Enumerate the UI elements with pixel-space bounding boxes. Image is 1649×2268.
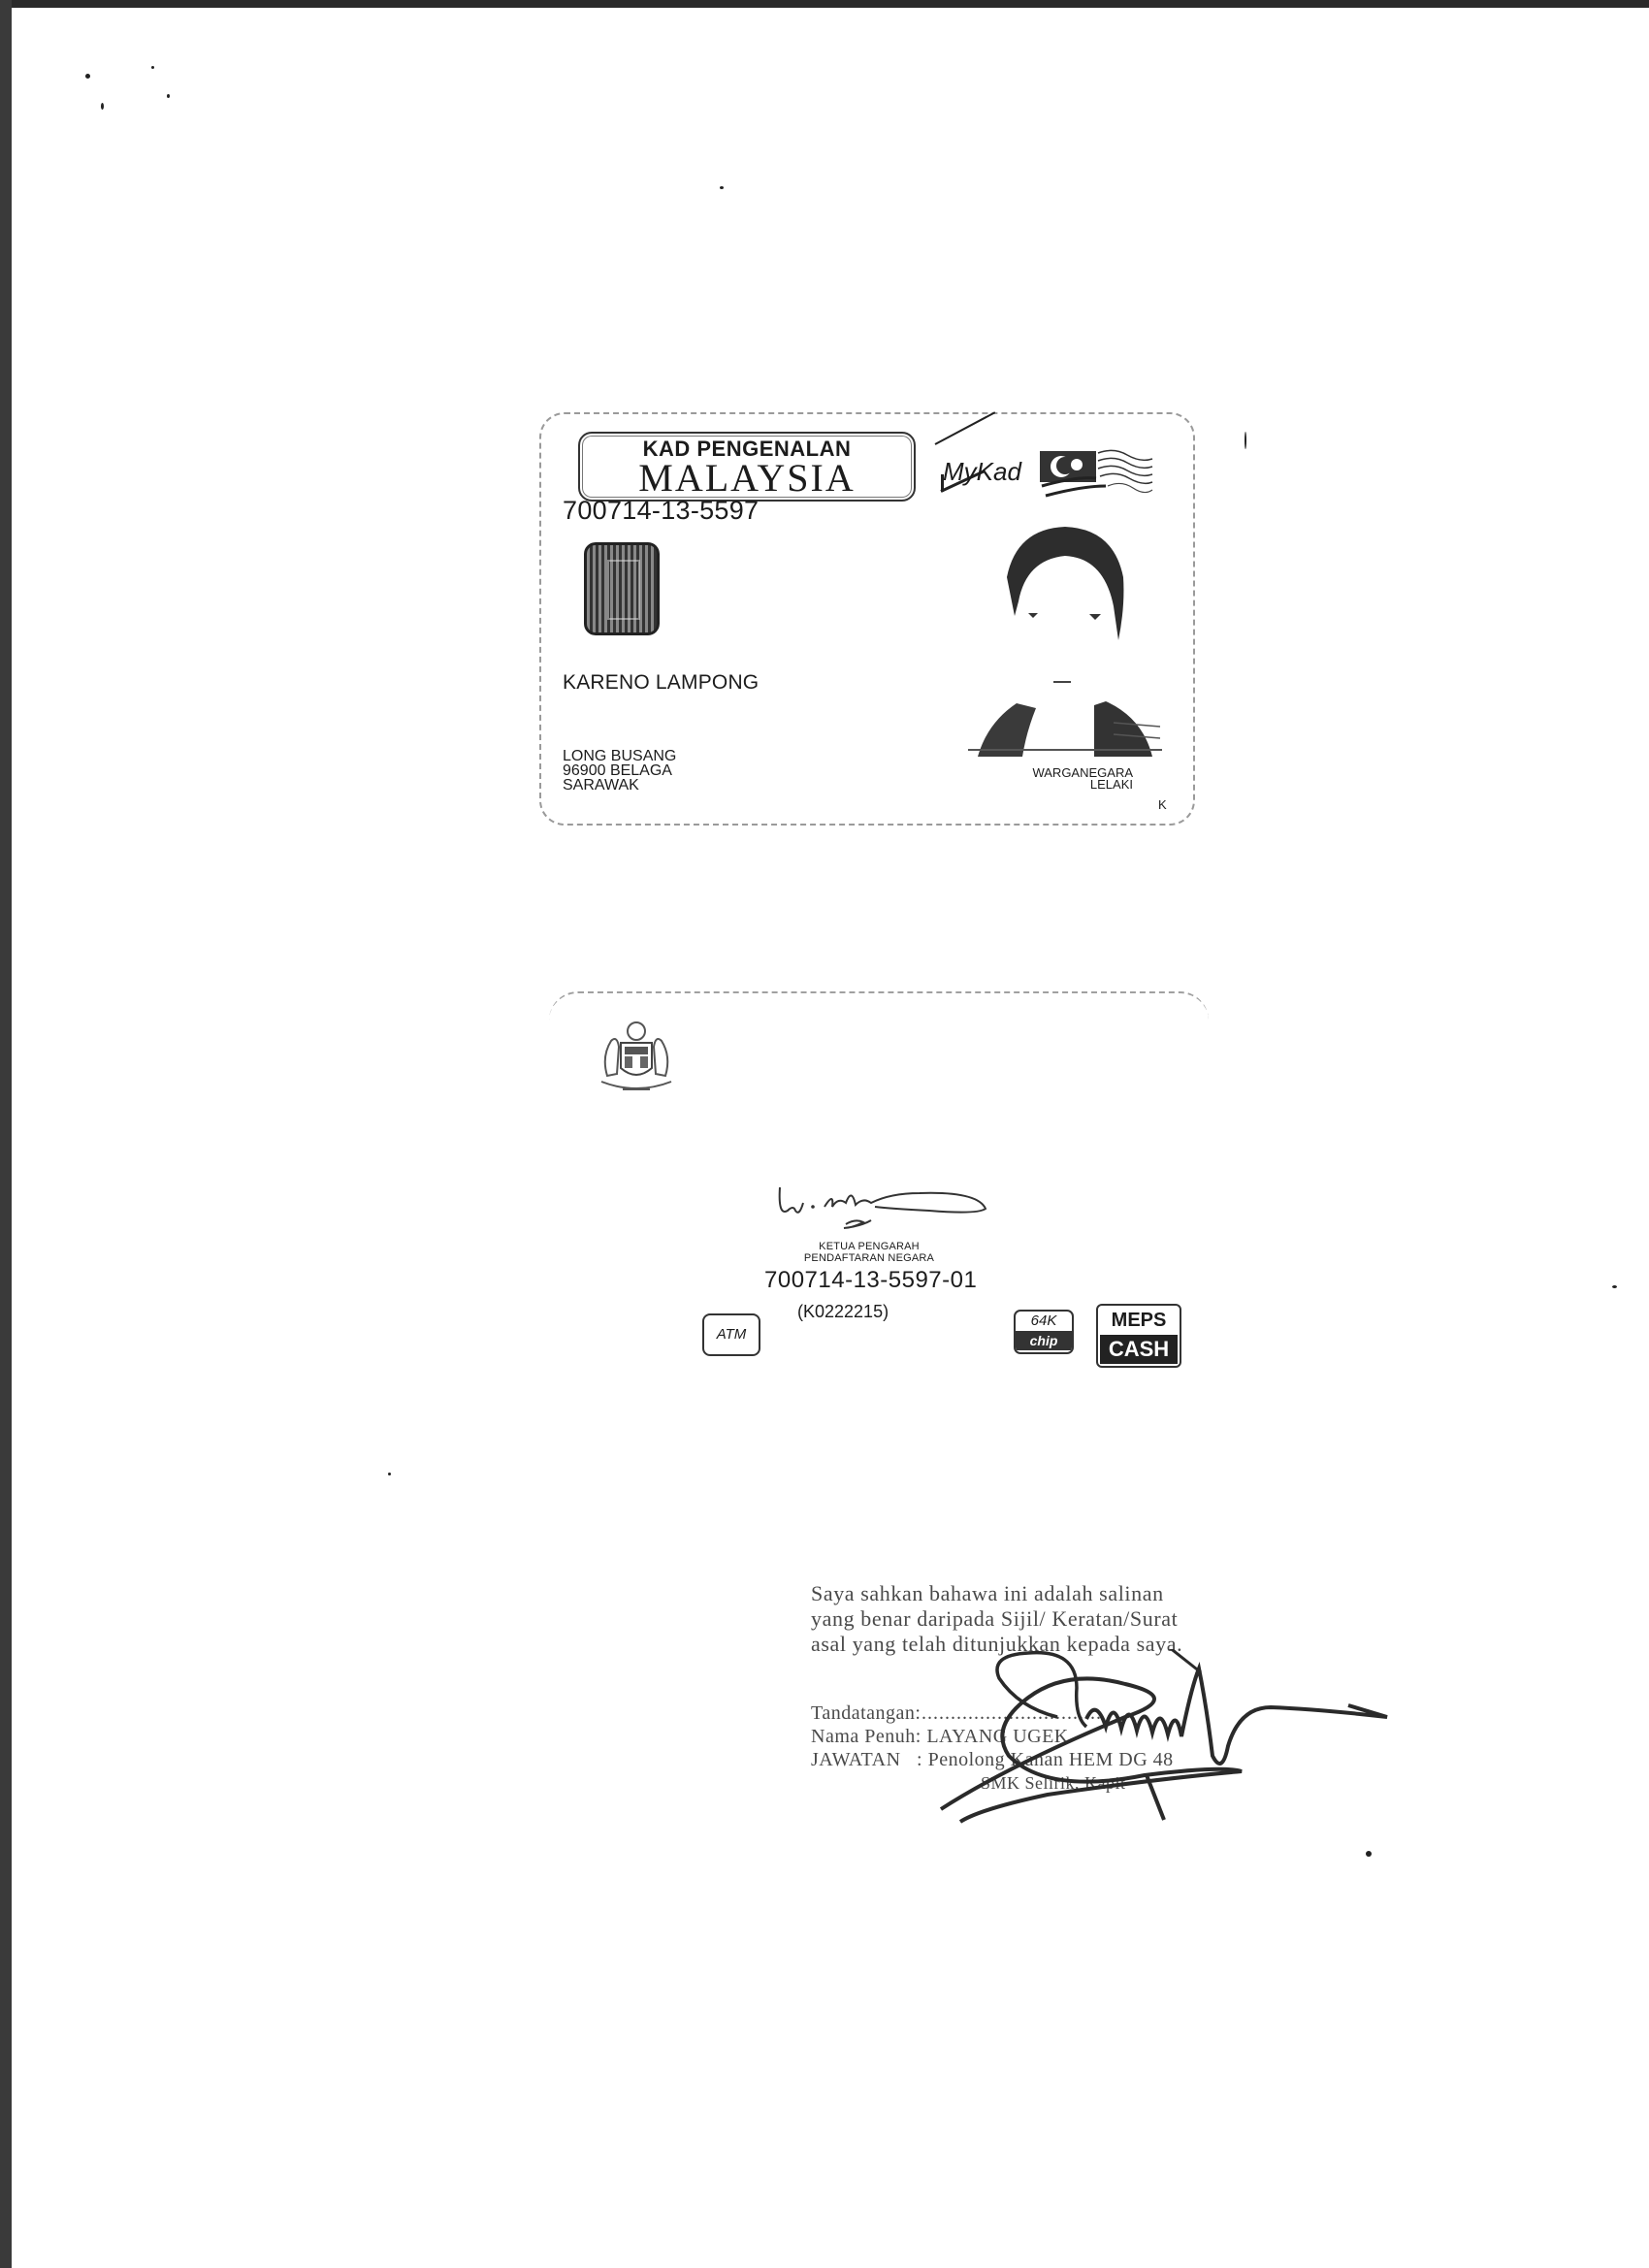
signature-label: Tandatangan bbox=[811, 1702, 915, 1724]
dg-title-line: PENDAFTARAN NEGARA bbox=[743, 1252, 995, 1264]
holder-address: LONG BUSANG 96900 BELAGA SARAWAK bbox=[563, 749, 676, 793]
address-line: SARAWAK bbox=[563, 778, 676, 793]
scan-speck bbox=[167, 94, 170, 98]
mykad-logo-frame bbox=[935, 411, 996, 445]
scan-speck bbox=[1366, 1851, 1372, 1857]
ic-number: 700714-13-5597 bbox=[563, 496, 759, 526]
scan-speck bbox=[85, 74, 90, 79]
card-title-bottom: MALAYSIA bbox=[580, 457, 914, 500]
holder-photo bbox=[968, 519, 1162, 757]
citizenship-gender: WARGANEGARA LELAKI bbox=[997, 767, 1133, 791]
holder-name: KARENO LAMPONG bbox=[563, 671, 759, 695]
dg-title: KETUA PENGARAH PENDAFTARAN NEGARA bbox=[743, 1241, 995, 1264]
mykad-front: KAD PENGENALAN MALAYSIA MyKad 700714-13-… bbox=[539, 412, 1195, 826]
gender: LELAKI bbox=[997, 779, 1133, 791]
scan-border-top bbox=[0, 0, 1649, 8]
scan-speck bbox=[720, 186, 724, 189]
meps-badge-top: MEPS bbox=[1098, 1306, 1180, 1335]
certification-statement: Saya sahkan bahawa ini adalah salinan ya… bbox=[811, 1581, 1393, 1657]
malaysia-flag-icon bbox=[1038, 443, 1154, 502]
certifier-signature bbox=[931, 1649, 1397, 1824]
dg-signature bbox=[774, 1168, 1007, 1246]
card-code: K bbox=[1158, 797, 1167, 812]
statement-line: yang benar daripada Sijil/ Keratan/Surat bbox=[811, 1606, 1393, 1632]
meps-cash-badge: MEPS CASH bbox=[1096, 1304, 1181, 1368]
scan-speck bbox=[101, 103, 104, 110]
dg-title-line: KETUA PENGARAH bbox=[743, 1241, 995, 1252]
malaysia-coat-of-arms-icon bbox=[598, 1018, 675, 1097]
name-label: Nama Penuh bbox=[811, 1726, 916, 1747]
scan-speck bbox=[388, 1473, 391, 1475]
mykad-back: KETUA PENGARAH PENDAFTARAN NEGARA 700714… bbox=[549, 991, 1209, 1381]
chip-contact bbox=[607, 560, 640, 620]
scan-speck bbox=[1612, 1285, 1617, 1288]
ic-number-full: 700714-13-5597-01 bbox=[764, 1267, 977, 1294]
address-line: LONG BUSANG bbox=[563, 749, 676, 763]
statement-line: Saya sahkan bahawa ini adalah salinan bbox=[811, 1581, 1393, 1606]
card-title-plate: KAD PENGENALAN MALAYSIA bbox=[578, 432, 916, 502]
chip-badge-capacity: 64K bbox=[1016, 1312, 1072, 1331]
address-line: 96900 BELAGA bbox=[563, 763, 676, 778]
atm-badge: ATM bbox=[702, 1313, 760, 1356]
scan-speck bbox=[1245, 432, 1246, 449]
position-label: JAWATAN bbox=[811, 1749, 901, 1770]
card-serial: (K0222215) bbox=[797, 1302, 889, 1322]
mykad-logo-text: MyKad bbox=[943, 457, 1021, 487]
chip-64k-badge: 64K chip bbox=[1014, 1310, 1074, 1354]
mykad-logo: MyKad bbox=[931, 437, 1028, 505]
meps-badge-bottom: CASH bbox=[1100, 1335, 1178, 1364]
scan-speck bbox=[151, 66, 154, 69]
scan-border-left bbox=[0, 0, 12, 2268]
smartcard-chip-icon bbox=[584, 542, 660, 635]
chip-badge-label: chip bbox=[1016, 1331, 1072, 1350]
